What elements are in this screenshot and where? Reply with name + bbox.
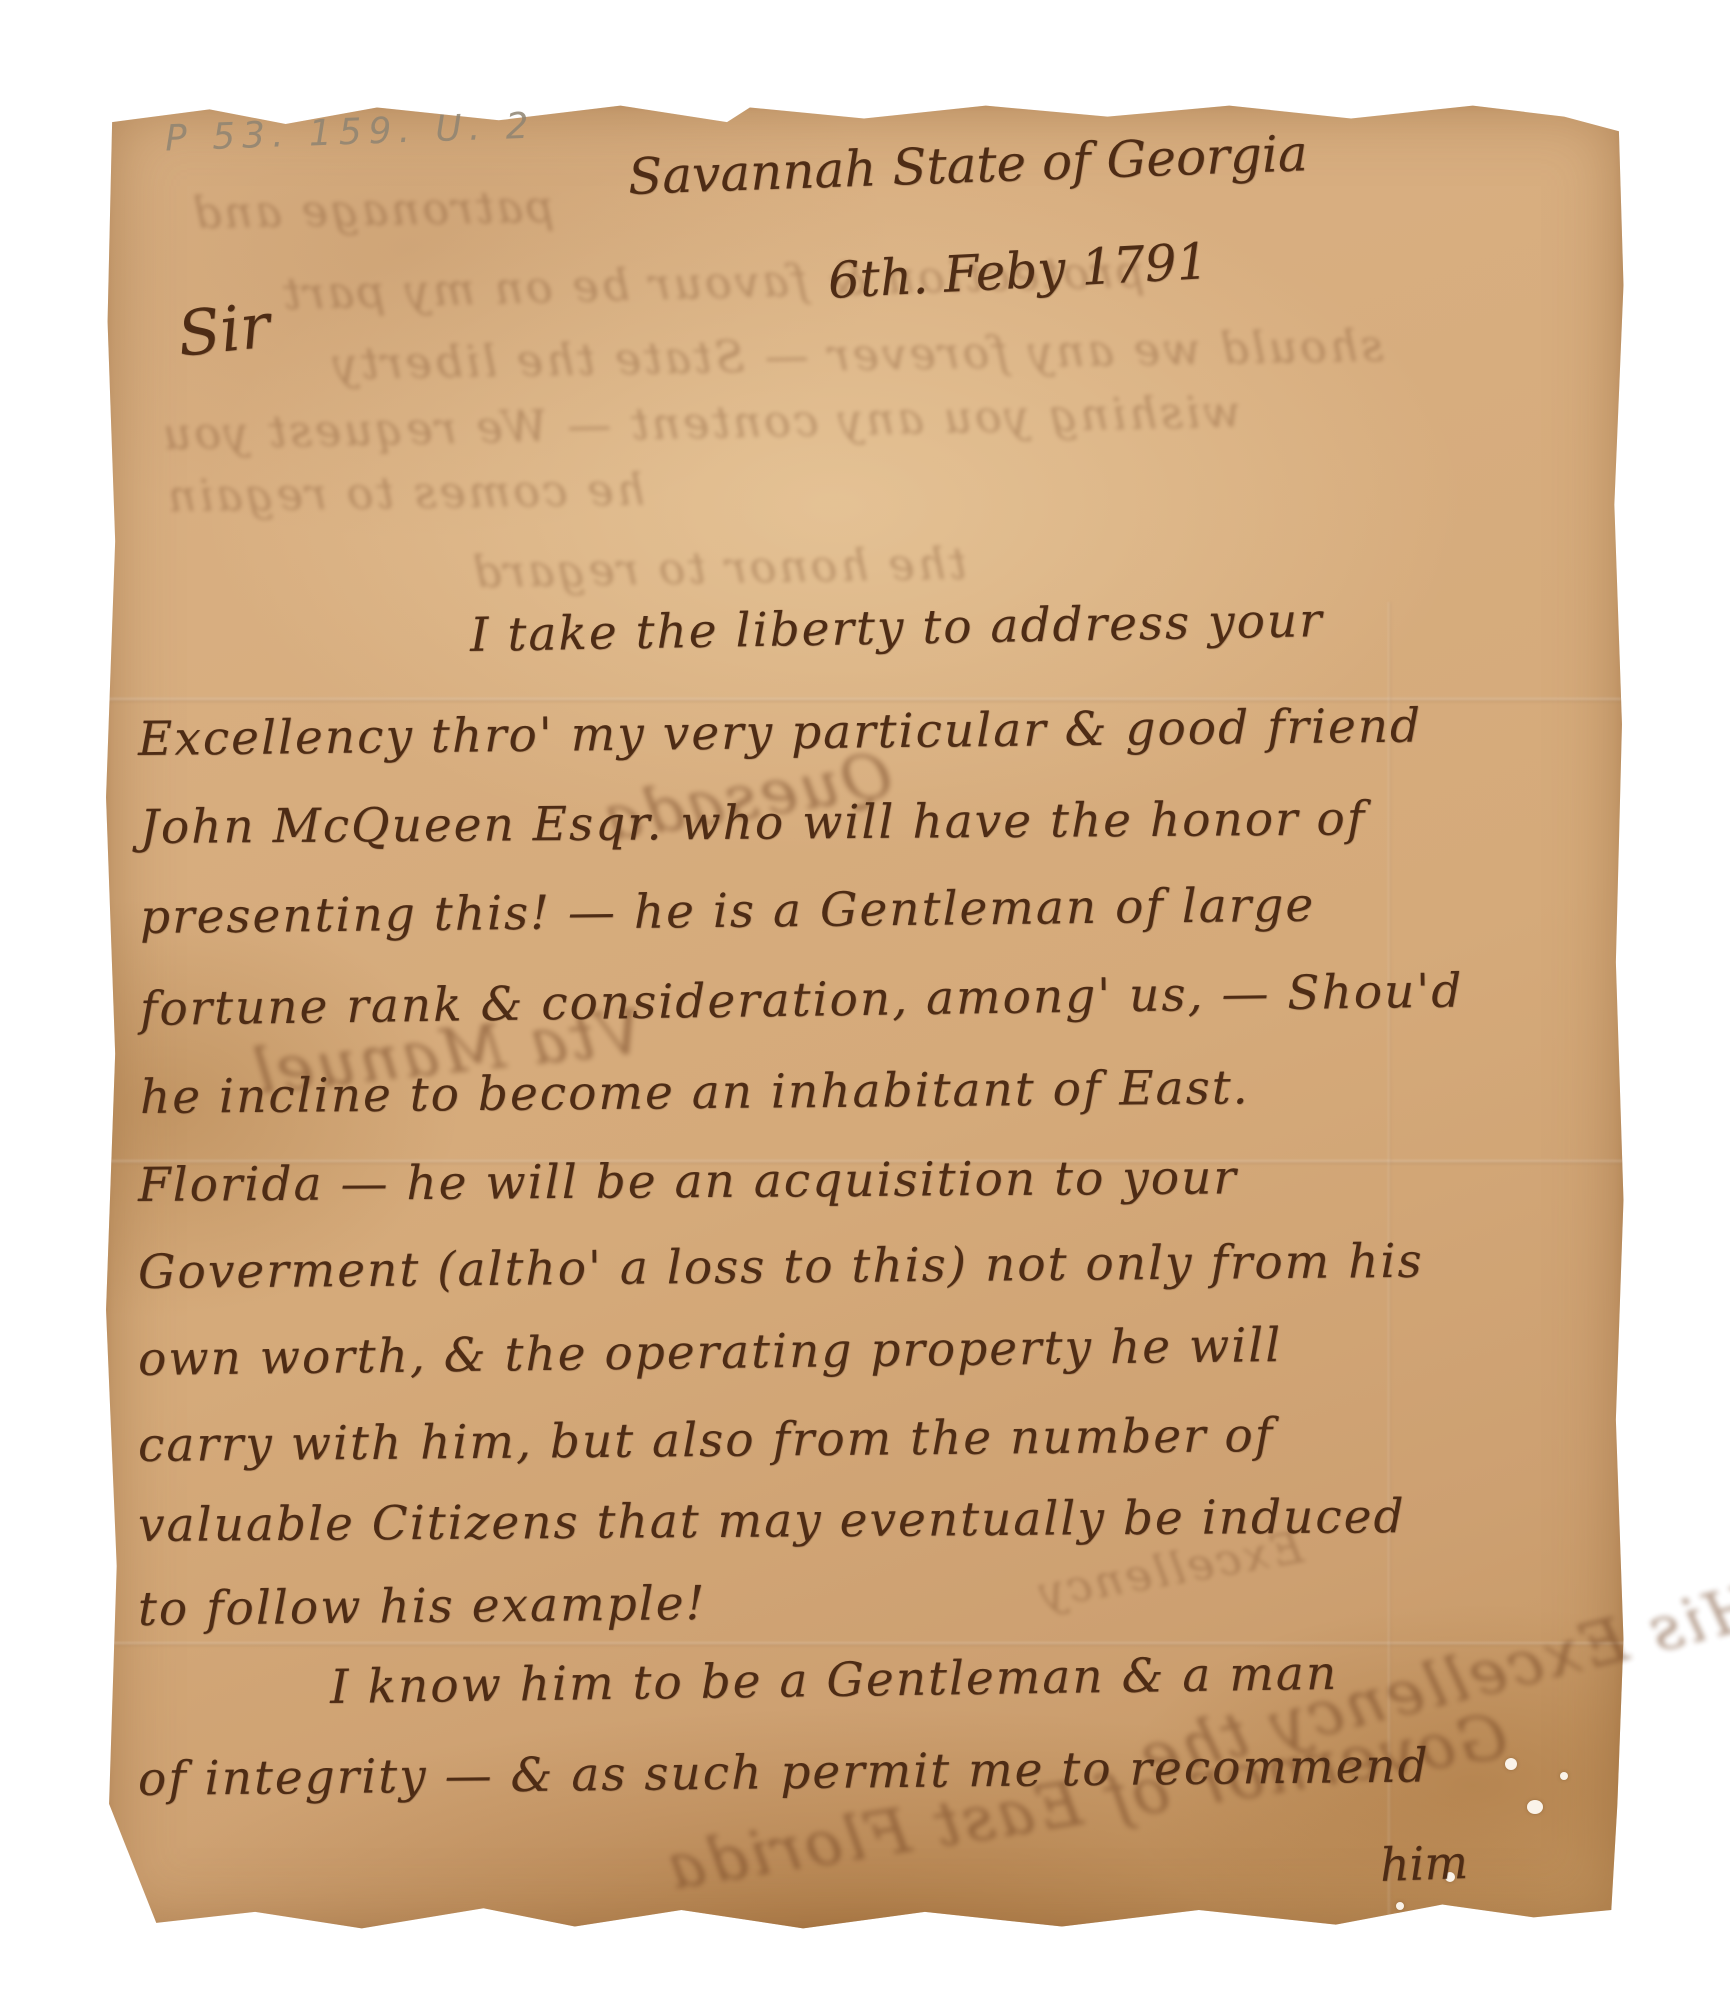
letter-line: Goverment (altho' a loss to this) not on… [138, 1234, 1424, 1300]
bleedthrough-line: patronage and [190, 182, 555, 239]
paper-hole [1560, 1772, 1568, 1780]
catchword: him [1379, 1835, 1469, 1892]
letter-scan: patronage and protection & favour be on … [0, 0, 1730, 2000]
paper-hole [1396, 1902, 1404, 1910]
bleedthrough-line: he comes to regain [165, 465, 646, 523]
paper-hole [1527, 1800, 1543, 1814]
salutation: Sir [174, 289, 273, 371]
letter-line: to follow his example! [138, 1576, 707, 1637]
letter-line: he incline to become an inhabitant of Ea… [140, 1060, 1250, 1125]
letter-line: carry with him, but also from the number… [138, 1408, 1275, 1473]
letter-line: John McQueen Esqr. who will have the hon… [140, 791, 1367, 855]
bleedthrough-line: the honor to regard [470, 539, 967, 599]
letter-line: valuable Citizens that may eventually be… [138, 1489, 1406, 1553]
letter-line: Florida — he will be an acquisition to y… [138, 1150, 1238, 1213]
fold-crease [103, 1642, 1625, 1646]
